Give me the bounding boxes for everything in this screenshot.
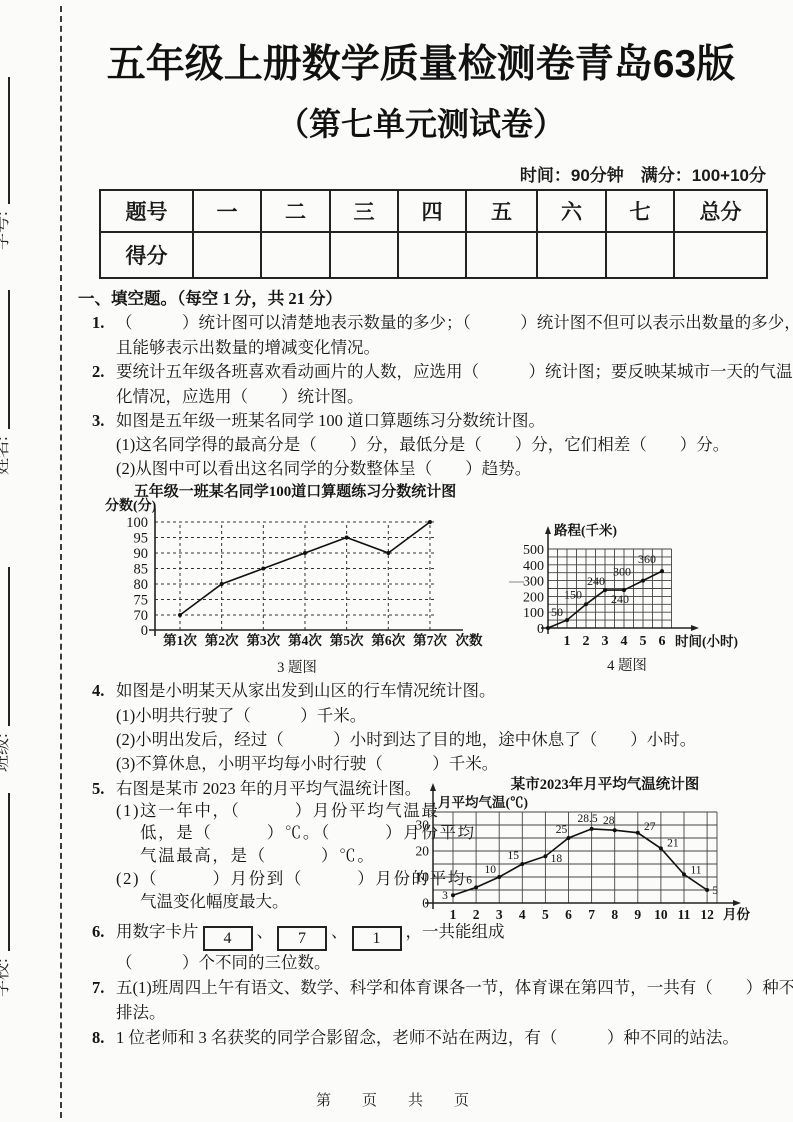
question-1-text-1: （ ）统计图可以清楚地表示数量的多少；（ ）统计图不但可以表示出数量的多少，而 [116, 313, 793, 332]
svg-text:4: 4 [621, 634, 628, 649]
question-4-text-1: 如图是小明某天从家出发到山区的行车情况统计图。 [116, 681, 496, 700]
page-title: 五年级上册数学质量检测卷青岛63版 [70, 33, 772, 89]
score-table: 题号 一 二 三 四 五 六 七 总分 得分 [99, 189, 768, 279]
exam-time-score-info: 时间：90分钟 满分：100+10分 [300, 161, 766, 186]
score-header-3: 三 [330, 190, 398, 232]
question-4-line-2: (1)小明共行驶了（ ）千米。 [116, 706, 366, 726]
svg-text:28.5: 28.5 [578, 813, 598, 825]
question-5-line-2: (1)这一年中，（ ）月份平均气温最 [116, 801, 440, 821]
student-id-field: 学号: [0, 77, 14, 250]
score-header-5: 五 [466, 190, 537, 232]
svg-text:分数(分): 分数(分) [105, 497, 157, 514]
svg-text:300: 300 [523, 575, 544, 590]
svg-text:25: 25 [556, 824, 568, 836]
question-5-text-1: 右图是某市 2023 年的月平均气温统计图。 [116, 779, 421, 798]
score-header-1: 一 [193, 190, 261, 232]
svg-text:2: 2 [473, 907, 480, 922]
svg-text:第4次: 第4次 [288, 632, 322, 648]
svg-text:95: 95 [134, 531, 149, 547]
question-1-line-1: 1.（ ）统计图可以清楚地表示数量的多少；（ ）统计图不但可以表示出数量的多少，… [92, 313, 793, 333]
svg-text:0: 0 [141, 623, 148, 639]
svg-text:时间(小时): 时间(小时) [675, 633, 738, 649]
class-label: 班级: [0, 733, 14, 772]
question-8-line-1: 8.1 位老师和 3 名获奖的同学合影留念，老师不站在两边，有（ ）种不同的站法… [92, 1028, 739, 1048]
svg-text:9: 9 [634, 907, 641, 922]
svg-text:27: 27 [644, 821, 656, 833]
question-6-line-2: （ ）个不同的三位数。 [116, 953, 331, 973]
svg-text:20: 20 [416, 844, 430, 859]
test-paper-page: 学号: 姓名: 班级: 学校: 五年级上册数学质量检测卷青岛63版 （第七单元测… [0, 0, 793, 1122]
card-separator-1: 、 [257, 922, 274, 941]
score-header-4: 四 [398, 190, 466, 232]
svg-text:4 题图: 4 题图 [607, 657, 647, 674]
question-5-line-4: 气温最高，是（ ）℃。 [140, 846, 375, 866]
svg-text:500: 500 [523, 543, 544, 558]
svg-text:第6次: 第6次 [371, 632, 405, 648]
question-3-line-1: 3.如图是五年级一班某名同学 100 道口算题练习分数统计图。 [92, 411, 545, 431]
svg-text:第2次: 第2次 [205, 632, 239, 648]
svg-text:1: 1 [450, 907, 457, 922]
svg-text:0: 0 [537, 622, 544, 637]
card-separator-2: 、 [331, 922, 348, 941]
svg-text:300: 300 [613, 565, 631, 579]
svg-text:85: 85 [134, 562, 149, 578]
question-2-text-1: 要统计五年级各班喜欢看动画片的人数，应选用（ ）统计图；要反映某城市一天的气温变 [116, 362, 793, 381]
svg-text:75: 75 [134, 593, 149, 609]
score-cell-4 [398, 232, 466, 278]
score-table-header-row: 题号 一 二 三 四 五 六 七 总分 [100, 190, 767, 232]
score-cell-total [674, 232, 767, 278]
svg-text:3: 3 [602, 634, 609, 649]
school-label: 学校: [0, 958, 14, 997]
score-cell-6 [537, 232, 606, 278]
page-subtitle: （第七单元测试卷） [70, 99, 772, 145]
score-header-6: 六 [537, 190, 606, 232]
question-4-line-4: (3)不算休息，小明平均每小时行驶（ ）千米。 [116, 754, 498, 774]
svg-text:五年级一班某名同学100道口算题练习分数统计图: 五年级一班某名同学100道口算题练习分数统计图 [134, 482, 457, 500]
question-4-number: 4. [92, 681, 116, 701]
question-2-line-1: 2.要统计五年级各班喜欢看动画片的人数，应选用（ ）统计图；要反映某城市一天的气… [92, 362, 793, 382]
question-3-line-2: (1)这名同学得的最高分是（ ）分，最低分是（ ）分，它们相差（ ）分。 [116, 435, 729, 455]
svg-text:月份: 月份 [723, 906, 751, 922]
student-name-label: 姓名: [0, 436, 14, 475]
svg-text:5: 5 [712, 885, 718, 897]
svg-text:第3次: 第3次 [246, 632, 280, 648]
school-field: 学校: [0, 793, 14, 997]
chart-monthly-temperature: 某市2023年月平均气温统计图月平均气温(℃)01020301234567891… [405, 775, 787, 927]
svg-text:100: 100 [523, 606, 544, 621]
question-5-number: 5. [92, 779, 116, 799]
svg-text:200: 200 [523, 590, 544, 605]
svg-text:2: 2 [583, 634, 590, 649]
score-cell-1 [193, 232, 261, 278]
svg-text:50: 50 [551, 605, 563, 619]
svg-text:240: 240 [611, 592, 629, 606]
score-cell-5 [466, 232, 537, 278]
score-header-question-no: 题号 [100, 190, 193, 232]
svg-text:7: 7 [588, 907, 595, 922]
question-4-line-1: 4.如图是小明某天从家出发到山区的行车情况统计图。 [92, 681, 496, 701]
svg-text:3 题图: 3 题图 [277, 659, 317, 676]
score-header-2: 二 [261, 190, 330, 232]
page-footer-label: 第 页 共 页 [0, 1089, 793, 1110]
score-cell-3 [330, 232, 398, 278]
score-header-total: 总分 [674, 190, 767, 232]
question-5-line-6: 气温变化幅度最大。 [140, 892, 289, 912]
svg-text:10: 10 [484, 864, 496, 876]
svg-text:6: 6 [565, 907, 572, 922]
svg-text:6: 6 [466, 874, 472, 886]
question-1-number: 1. [92, 313, 116, 333]
student-id-blank-line [8, 77, 10, 204]
question-7-line-2: 排法。 [116, 1003, 166, 1023]
svg-text:400: 400 [523, 559, 544, 574]
question-1-line-2: 且能够表示出数量的增减变化情况。 [116, 338, 380, 358]
score-cell-2 [261, 232, 330, 278]
svg-text:3: 3 [442, 890, 448, 902]
digit-card-7: 7 [277, 926, 327, 951]
digit-card-4: 4 [203, 926, 253, 951]
svg-text:360: 360 [638, 552, 656, 566]
question-2-number: 2. [92, 362, 116, 382]
svg-text:8: 8 [611, 907, 618, 922]
question-5-line-1: 5.右图是某市 2023 年的月平均气温统计图。 [92, 779, 421, 799]
school-blank-line [8, 793, 10, 951]
svg-text:6: 6 [659, 634, 666, 649]
svg-text:12: 12 [700, 907, 714, 922]
question-6-text-pre: 用数字卡片 [116, 922, 199, 941]
score-cell-7 [606, 232, 674, 278]
chart-score-trend: 五年级一班某名同学100道口算题练习分数统计图分数(分)第1次第2次第3次第4次… [85, 480, 487, 678]
section-1-heading: 一、填空题。（每空 1 分，共 21 分） [78, 289, 342, 309]
question-8-number: 8. [92, 1028, 116, 1048]
svg-text:30: 30 [416, 818, 430, 833]
student-id-label: 学号: [0, 211, 14, 250]
svg-text:某市2023年月平均气温统计图: 某市2023年月平均气温统计图 [511, 775, 700, 793]
question-7-number: 7. [92, 978, 116, 998]
question-6-text-post: ，一共能组成 [406, 922, 505, 941]
question-3-text-1: 如图是五年级一班某名同学 100 道口算题练习分数统计图。 [116, 411, 545, 430]
svg-text:路程(千米): 路程(千米) [554, 522, 617, 538]
score-table-score-row: 得分 [100, 232, 767, 278]
question-7-line-1: 7.五(1)班周四上午有语文、数学、科学和体育课各一节，体育课在第四节，一共有（… [92, 978, 793, 998]
svg-text:5: 5 [640, 634, 647, 649]
svg-text:18: 18 [551, 853, 563, 865]
question-8-text-1: 1 位老师和 3 名获奖的同学合影留念，老师不站在两边，有（ ）种不同的站法。 [116, 1028, 739, 1047]
question-3-line-3: (2)从图中可以看出这名同学的分数整体呈（ ）趋势。 [116, 459, 531, 479]
question-3-number: 3. [92, 411, 116, 431]
svg-text:月平均气温(℃): 月平均气温(℃) [438, 794, 528, 810]
question-2-line-2: 化情况，应选用（ ）统计图。 [116, 387, 364, 407]
svg-text:4: 4 [519, 907, 526, 922]
svg-text:0: 0 [422, 896, 429, 911]
class-field: 班级: [0, 567, 14, 772]
score-header-7: 七 [606, 190, 674, 232]
svg-text:11: 11 [690, 864, 701, 876]
question-6-number: 6. [92, 922, 116, 942]
svg-text:150: 150 [564, 587, 582, 601]
svg-text:5: 5 [542, 907, 549, 922]
svg-text:90: 90 [134, 546, 149, 562]
svg-text:28: 28 [603, 815, 615, 827]
question-7-text-1: 五(1)班周四上午有语文、数学、科学和体育课各一节，体育课在第四节，一共有（ ）… [116, 978, 793, 997]
svg-text:次数: 次数 [456, 632, 483, 648]
question-6-line-1: 6.用数字卡片4、7、1，一共能组成 [92, 922, 505, 951]
student-name-field: 姓名: [0, 290, 14, 475]
svg-text:21: 21 [667, 837, 679, 849]
svg-text:80: 80 [134, 577, 149, 593]
left-margin-dashed-line [60, 6, 62, 1118]
score-row-label: 得分 [100, 232, 193, 278]
svg-text:15: 15 [508, 850, 520, 862]
svg-text:第1次: 第1次 [163, 632, 197, 648]
chart-distance-time: 路程(千米)0100200300400500123456时间(小时)501502… [495, 518, 791, 678]
svg-text:10: 10 [416, 870, 430, 885]
svg-text:第7次: 第7次 [413, 632, 447, 648]
svg-text:70: 70 [134, 608, 149, 624]
student-name-blank-line [8, 290, 10, 429]
svg-text:240: 240 [587, 574, 605, 588]
digit-card-1: 1 [352, 926, 402, 951]
svg-text:第5次: 第5次 [330, 632, 364, 648]
question-4-line-3: (2)小明出发后，经过（ ）小时到达了目的地，途中休息了（ ）小时。 [116, 730, 696, 750]
svg-text:100: 100 [126, 515, 148, 531]
svg-text:3: 3 [496, 907, 503, 922]
svg-text:10: 10 [654, 907, 668, 922]
class-blank-line [8, 567, 10, 726]
svg-text:1: 1 [564, 634, 571, 649]
svg-text:11: 11 [678, 907, 691, 922]
